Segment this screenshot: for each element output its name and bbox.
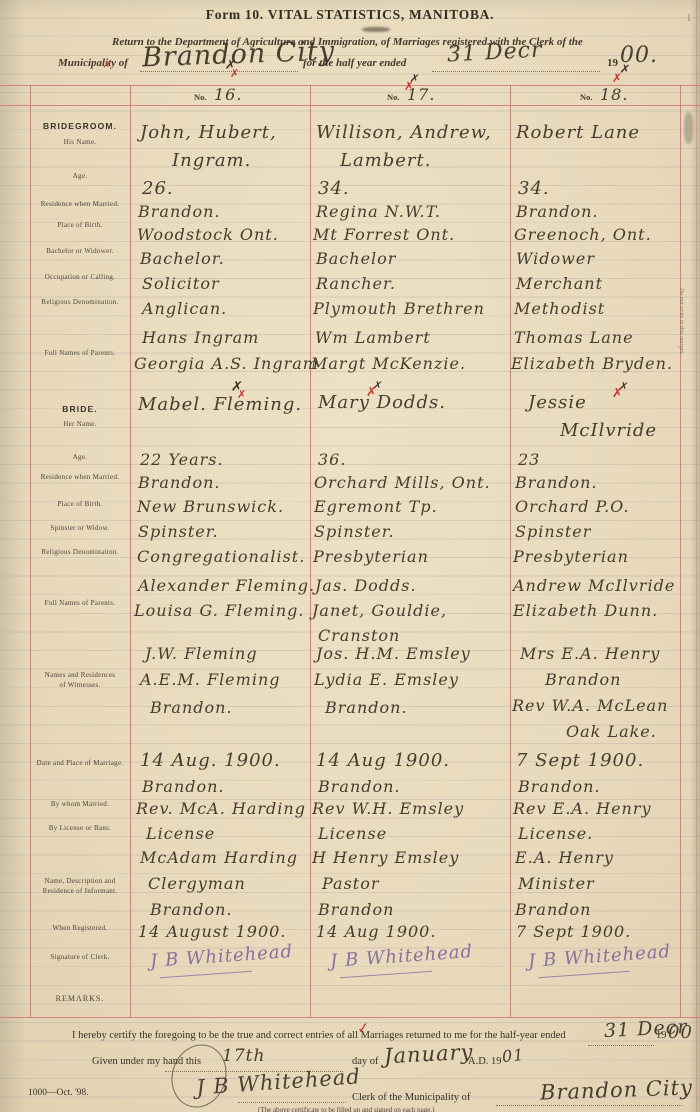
entry17-bride-father: Jas. Dodds. <box>315 576 417 595</box>
label-groom-birthplace: Place of Birth. <box>30 221 130 229</box>
entry18-witness-1: Mrs E.A. Henry <box>520 644 660 663</box>
ended-blank-line <box>432 70 600 72</box>
label-bride-parents: Full Names of Parents. <box>30 599 130 607</box>
no-label-17: No. <box>387 92 400 102</box>
entry18-witness-2: Brandon <box>545 670 621 689</box>
entry18-groom-status: Widower <box>516 249 595 268</box>
entry17-groom-status: Bachelor <box>316 249 396 268</box>
entry17-groom-birthplace: Mt Forrest Ont. <box>313 225 455 244</box>
entry16-bride-name: Mabel. Fleming. <box>138 394 302 415</box>
entry17-groom-father: Wm Lambert <box>315 328 431 347</box>
signature-blank-line <box>238 1101 346 1103</box>
entry17-witness-2: Lydia E. Emsley <box>314 670 459 689</box>
entry16-groom-occupation: Solicitor <box>142 274 220 293</box>
red-x-mark: ✗ <box>612 387 623 400</box>
label-bachelor-widower: Bachelor or Widower. <box>30 247 130 255</box>
label-occupation: Occupation or Calling. <box>30 273 130 281</box>
label-informant-1: Name, Description and <box>30 877 130 885</box>
entry18-groom-residence: Brandon. <box>516 202 599 221</box>
entry17-witness-1: Jos. H.M. Emsley <box>316 644 471 663</box>
section-bride: BRIDE. <box>30 404 130 414</box>
no-label-18: No. <box>580 92 593 102</box>
label-witnesses-2: of Witnesses. <box>30 681 130 689</box>
page-margin-line <box>696 0 697 1112</box>
entry16-groom-status: Bachelor. <box>140 249 225 268</box>
municipality-label: Municipality of <box>58 57 128 69</box>
fine-print: (The above certificate to be filled up a… <box>258 1106 434 1112</box>
entry17-by-whom: Rev W.H. Emsley <box>312 799 464 818</box>
entry16-license: License <box>146 824 215 843</box>
entry18-witness-4: Oak Lake. <box>566 722 657 741</box>
entry17-groom-occupation: Rancher. <box>316 274 396 293</box>
red-x-mark: ✗ <box>612 72 622 84</box>
red-x-mark: ✗ <box>237 389 246 400</box>
entry18-groom-age: 34. <box>518 178 550 199</box>
entry17-informant-desc: Pastor <box>322 874 380 893</box>
entry17-groom-residence: Regina N.W.T. <box>316 202 441 221</box>
table-top-rule <box>0 85 700 86</box>
entry16-bride-father: Alexander Fleming. <box>138 576 315 595</box>
form-page: Form 10. VITAL STATISTICS, MANITOBA. 1 R… <box>0 0 700 1112</box>
entry18-groom-birthplace: Greenoch, Ont. <box>514 225 652 244</box>
entry17-marriage-date: 14 Aug 1900. <box>316 750 450 771</box>
label-license: By License or Bans. <box>30 824 130 832</box>
entry16-bride-mother: Louisa G. Fleming. <box>134 601 305 620</box>
entry16-bride-religion: Congregationalist. <box>137 547 305 566</box>
certify-year-printed: 19 <box>656 1030 667 1041</box>
entry16-groom-religion: Anglican. <box>142 299 227 318</box>
label-bride-religion: Religious Denomination. <box>30 548 130 556</box>
label-groom-religion: Religious Denomination. <box>30 298 130 306</box>
form-title: Form 10. VITAL STATISTICS, MANITOBA. <box>0 7 700 23</box>
certify-statement: I hereby certify the foregoing to be the… <box>72 1030 566 1041</box>
entry18-bride-name-2: McIlvride <box>560 420 657 441</box>
entry18-bride-birthplace: Orchard P.O. <box>515 497 629 516</box>
entry16-groom-mother: Georgia A.S. Ingram <box>134 354 319 373</box>
entry18-by-whom: Rev E.A. Henry <box>513 799 652 818</box>
label-clerk-signature: Signature of Clerk. <box>30 953 130 961</box>
entry16-groom-father: Hans Ingram <box>142 328 259 347</box>
entry17-informant-res: Brandon <box>318 900 394 919</box>
entry18-bride-status: Spinster <box>515 522 591 541</box>
label-groom-residence: Residence when Married. <box>30 200 130 208</box>
entry18-bride-name-1: Jessie <box>528 392 587 413</box>
entry17-bride-age: 36. <box>318 450 346 469</box>
entry17-registered: 14 Aug 1900. <box>316 922 436 941</box>
entry17-bride-mother-1: Janet, Gouldie, <box>312 601 447 620</box>
entry18-marriage-date: 7 Sept 1900. <box>516 750 644 771</box>
entry16-groom-residence: Brandon. <box>138 202 221 221</box>
entry18-groom-religion: Methodist <box>514 299 605 318</box>
entry16-groom-name-2: Ingram. <box>172 150 251 171</box>
entry17-marriage-place: Brandon. <box>318 777 401 796</box>
given-day-value: 17th <box>222 1046 265 1066</box>
entry16-registered: 14 August 1900. <box>138 922 286 941</box>
entry17-witness-3: Brandon. <box>325 698 408 717</box>
entry18-groom-name: Robert Lane <box>516 122 640 143</box>
entry16-informant-desc: Clergyman <box>148 874 246 893</box>
entry16-groom-age: 26. <box>142 178 174 199</box>
margin-note: Do not write in this margin. <box>678 288 684 355</box>
entry17-bride-name: Mary Dodds. <box>318 392 446 413</box>
red-x-mark: ✗ <box>404 80 414 92</box>
page-number: 1 <box>686 12 692 24</box>
ink-smudge <box>362 27 390 32</box>
label-bride-age: Age. <box>30 453 130 461</box>
ink-blot <box>684 112 693 144</box>
entry16-groom-name-1: John, Hubert, <box>140 122 277 143</box>
municipality-footer-blank <box>496 1104 682 1106</box>
entry16-informant-name: McAdam Harding <box>140 848 298 867</box>
label-groom-age: Age. <box>30 172 130 180</box>
label-informant-2: Residence of Informant. <box>30 887 130 895</box>
entry18-groom-mother: Elizabeth Bryden. <box>511 354 673 373</box>
entry16-bride-status: Spinster. <box>138 522 219 541</box>
entry16-witness-2: A.E.M. Fleming <box>140 670 280 689</box>
entry18-groom-father: Thomas Lane <box>514 328 634 347</box>
column-number-18: 18. <box>600 85 628 104</box>
entry18-informant-res: Brandon <box>515 900 591 919</box>
entry17-groom-name-1: Willison, Andrew, <box>316 122 492 143</box>
entry18-registered: 7 Sept 1900. <box>516 922 631 941</box>
entry16-by-whom: Rev. McA. Harding <box>136 799 306 818</box>
red-x-mark: ✗ <box>366 386 377 399</box>
entry16-informant-res: Brandon. <box>150 900 233 919</box>
entry18-informant-name: E.A. Henry <box>515 848 614 867</box>
table-border-right <box>680 85 681 1018</box>
entry16-marriage-place: Brandon. <box>142 777 225 796</box>
entry16-bride-age: 22 Years. <box>140 450 224 469</box>
red-x-mark: ✗ <box>230 68 239 79</box>
entry16-marriage-date: 14 Aug. 1900. <box>140 750 281 771</box>
entry18-bride-religion: Presbyterian <box>513 547 629 566</box>
given-year-value: 01 <box>501 1045 525 1066</box>
label-groom-parents: Full Names of Parents. <box>30 349 130 357</box>
entry17-groom-mother: Margt McKenzie. <box>311 354 466 373</box>
ad-19-label: A.D. 19 <box>468 1056 502 1067</box>
entry17-license: License <box>318 824 387 843</box>
clerk-of-municipality-label: Clerk of the Municipality of <box>352 1092 470 1103</box>
entry18-witness-3: Rev W.A. McLean <box>512 696 668 715</box>
form-print-number: 1000—Oct. '98. <box>28 1088 89 1098</box>
entry18-informant-desc: Minister <box>518 874 595 893</box>
entry17-bride-religion: Presbyterian <box>313 547 429 566</box>
entry18-groom-occupation: Merchant <box>516 274 603 293</box>
entry17-groom-religion: Plymouth Brethren <box>313 299 485 318</box>
entry17-bride-mother-2: Cranston <box>318 626 400 645</box>
column-number-16: 16. <box>214 85 242 104</box>
label-remarks: REMARKS. <box>30 994 130 1003</box>
label-by-whom: By whom Married. <box>30 800 130 808</box>
entry16-groom-birthplace: Woodstock Ont. <box>137 225 279 244</box>
column-divider-16-17 <box>310 85 311 1018</box>
year-printed: 19 <box>607 57 618 69</box>
half-year-ended-value: 31 Decr <box>446 38 543 68</box>
entry18-bride-father: Andrew McIlvride <box>513 576 675 595</box>
label-bride-residence: Residence when Married. <box>30 473 130 481</box>
column-divider-17-18 <box>510 85 511 1018</box>
header-row-rule <box>0 105 700 106</box>
entry18-license: License. <box>518 824 593 843</box>
label-bride-birthplace: Place of Birth. <box>30 500 130 508</box>
no-label-16: No. <box>194 92 207 102</box>
section-bridegroom: BRIDEGROOM. <box>30 121 130 131</box>
entry17-informant-name: H Henry Emsley <box>312 848 459 867</box>
entry16-witness-3: Brandon. <box>150 698 233 717</box>
entry18-marriage-place: Brandon. <box>518 777 601 796</box>
entry16-witness-1: J.W. Fleming <box>145 644 258 663</box>
entry16-bride-birthplace: New Brunswick. <box>137 497 284 516</box>
entry17-bride-status: Spinster. <box>314 522 395 541</box>
certify-ended-blank <box>588 1044 654 1046</box>
entry16-bride-residence: Brandon. <box>138 473 221 492</box>
label-when-registered: When Registered. <box>30 924 130 932</box>
label-his-name: His Name. <box>30 138 130 146</box>
table-bottom-rule <box>0 1017 700 1018</box>
column-divider-labels <box>130 85 131 1018</box>
entry18-bride-residence: Brandon. <box>515 473 598 492</box>
label-her-name: Her Name. <box>30 420 130 428</box>
entry17-groom-age: 34. <box>318 178 350 199</box>
entry18-bride-mother: Elizabeth Dunn. <box>513 601 658 620</box>
entry17-groom-name-2: Lambert. <box>340 150 432 171</box>
entry17-bride-birthplace: Egremont Tp. <box>314 497 438 516</box>
label-date-place: Date and Place of Marriage. <box>30 759 130 767</box>
entry17-bride-residence: Orchard Mills, Ont. <box>314 473 491 492</box>
label-spinster-widow: Spinster or Widow. <box>30 524 130 532</box>
entry18-bride-age: 23 <box>518 450 540 469</box>
given-month-value: January <box>383 1040 474 1069</box>
label-witnesses-1: Names and Residences <box>30 671 130 679</box>
certify-year-written: 00 <box>668 1022 693 1043</box>
